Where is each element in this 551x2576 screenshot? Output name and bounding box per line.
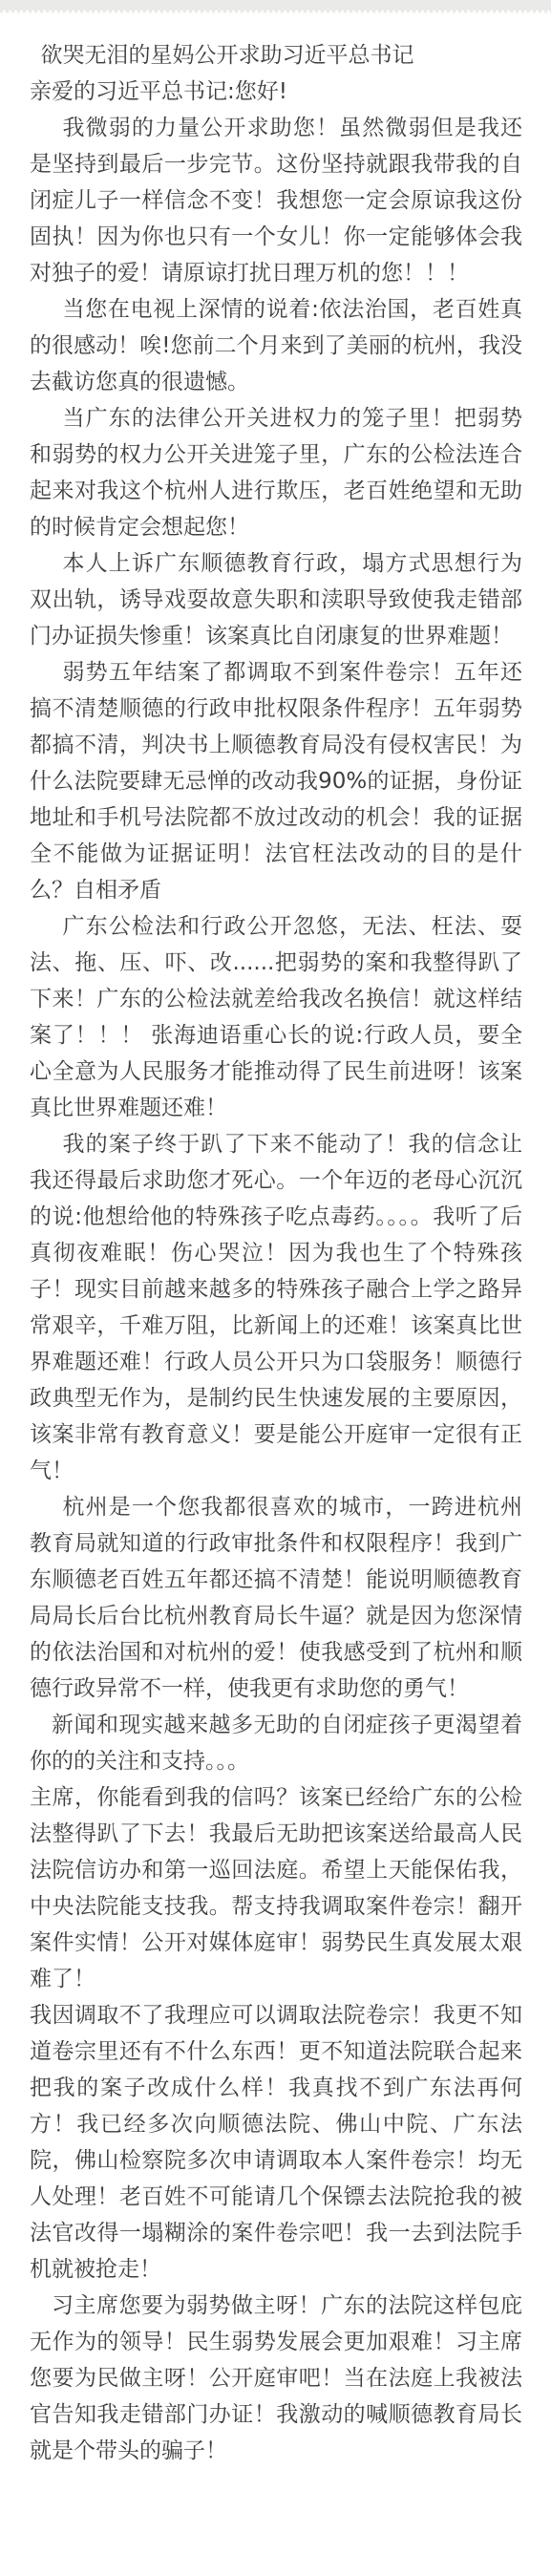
paragraph-11: 我因调取不了我理应可以调取法院卷宗！我更不知道卷宗里还有不什么东西！更不知道法院… xyxy=(30,1997,522,2288)
paragraph-5: 弱势五年结案了都调取不到案件卷宗！五年还搞不清楚顺德的行政申批权限条件程序！五年… xyxy=(30,654,522,908)
paragraph-6: 广东公检法和行政公开忽悠，无法、枉法、耍法、拖、压、吓、改......把弱势的案… xyxy=(30,908,522,1126)
letter-page: 欲哭无泪的星妈公开求助习近平总书记 亲爱的习近平总书记:您好! 我微弱的力量公开… xyxy=(0,0,551,2576)
torn-paper-edge xyxy=(0,0,551,9)
letter-salutation: 亲爱的习近平总书记:您好! xyxy=(30,74,522,110)
paragraph-8: 杭州是一个您我都很喜欢的城市，一跨进杭州教育局就知道的行政审批条件和权限程序！我… xyxy=(30,1489,522,1707)
letter-title: 欲哭无泪的星妈公开求助习近平总书记 xyxy=(30,37,522,74)
paragraph-10: 主席，你能看到我的信吗？该案已经给广东的公检法整得趴了下去！我最后无助把该案送给… xyxy=(30,1779,522,1997)
letter-body: 我微弱的力量公开求助您！虽然微弱但是我还是坚持到最后一步完节。这份坚持就跟我带我… xyxy=(30,110,522,2469)
letter-content: 欲哭无泪的星妈公开求助习近平总书记 亲爱的习近平总书记:您好! 我微弱的力量公开… xyxy=(0,9,551,2501)
paragraph-2: 当您在电视上深情的说着:依法治国，老百姓真的很感动！唉!您前二个月来到了美丽的杭… xyxy=(30,291,522,400)
paragraph-1: 我微弱的力量公开求助您！虽然微弱但是我还是坚持到最后一步完节。这份坚持就跟我带我… xyxy=(30,110,522,291)
paragraph-7: 我的案子终于趴了下来不能动了！我的信念让我还得最后求助您才死心。一个年迈的老母心… xyxy=(30,1126,522,1489)
paragraph-3: 当广东的法律公开关进权力的笼子里！把弱势和弱势的权力公开关进笼子里，广东的公检法… xyxy=(30,400,522,545)
paragraph-9: 新闻和现实越来越多无助的自闭症孩子更渴望着你的的关注和支持。。。 xyxy=(30,1707,522,1779)
paragraph-4: 本人上诉广东顺德教育行政，塌方式思想行为双出轨，诱导戏耍故意失职和渎职导致使我走… xyxy=(30,545,522,654)
paragraph-12: 习主席您要为弱势做主呀！广东的法院这样包庇无作为的领导！民生弱势发展会更加艰难！… xyxy=(30,2288,522,2469)
